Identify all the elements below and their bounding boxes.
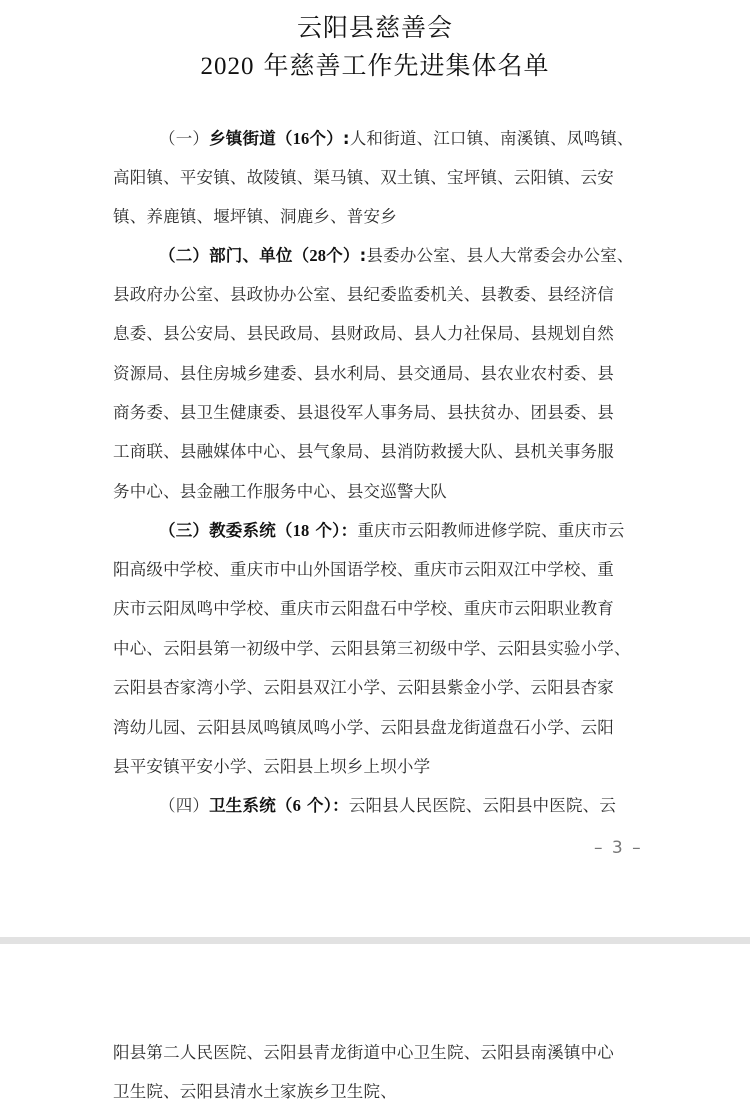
document-subtitle: 2020 年慈善工作先进集体名单 bbox=[0, 46, 750, 82]
section-4-line-2: 阳县第二人民医院、云阳县青龙街道中心卫生院、云阳县南溪镇中心 bbox=[113, 1042, 643, 1064]
section-4-line-3: 卫生院、云阳县清水土家族乡卫生院、 bbox=[113, 1081, 643, 1102]
section-3-line-2: 阳高级中学校、重庆市中山外国语学校、重庆市云阳双江中学校、重 bbox=[113, 559, 643, 581]
section-1-line-1: 人和街道、江口镇、南溪镇、凤鸣镇、 bbox=[350, 129, 634, 148]
title-line-2: 年慈善工作先进集体名单 bbox=[255, 51, 550, 80]
section-3-heading-text: 教委系统（ bbox=[209, 521, 293, 540]
section-2-line-7: 务中心、县金融工作服务中心、县交巡警大队 bbox=[113, 481, 643, 503]
section-2-line-6: 工商联、县融媒体中心、县气象局、县消防救援大队、县机关事务服 bbox=[113, 441, 643, 463]
section-4-count: 6 bbox=[293, 796, 301, 815]
section-4-heading-text: 卫生系统（ bbox=[209, 796, 293, 815]
section-2-marker: （二） bbox=[159, 246, 209, 265]
section-1-marker: （一） bbox=[159, 129, 209, 148]
title-year: 2020 bbox=[201, 53, 255, 80]
section-2-count: 28 bbox=[309, 246, 326, 265]
document-page-3: 云阳县慈善会 2020 年慈善工作先进集体名单 （一）乡镇街道（16个）:人和街… bbox=[0, 0, 750, 937]
section-2-heading: （二）部门、单位（28个）: bbox=[159, 246, 366, 265]
section-3-heading-line: （三）教委系统（18 个）：重庆市云阳教师进修学院、重庆市云 bbox=[159, 520, 689, 542]
section-2-heading-tail: 个）: bbox=[326, 246, 366, 265]
section-2-heading-text: 部门、单位（ bbox=[209, 246, 309, 265]
section-4-heading-line: （四）卫生系统（6 个）：云阳县人民医院、云阳县中医院、云 bbox=[159, 795, 689, 817]
section-3-marker: （三） bbox=[159, 521, 209, 540]
section-1-line-2: 高阳镇、平安镇、故陵镇、渠马镇、双土镇、宝坪镇、云阳镇、云安 bbox=[113, 167, 643, 189]
section-4-heading: 卫生系统（6 个）： bbox=[209, 796, 349, 815]
section-3-heading-tail: 个）： bbox=[310, 521, 358, 540]
document-page-4: 阳县第二人民医院、云阳县青龙街道中心卫生院、云阳县南溪镇中心 卫生院、云阳县清水… bbox=[0, 944, 750, 1102]
section-1-heading-tail: 个）: bbox=[310, 129, 350, 148]
section-2-line-4: 资源局、县住房城乡建委、县水利局、县交通局、县农业农村委、县 bbox=[113, 363, 643, 385]
section-1-line-3: 镇、养鹿镇、堰坪镇、洞鹿乡、普安乡 bbox=[113, 206, 643, 228]
section-4-heading-tail: 个）： bbox=[301, 796, 349, 815]
section-3-line-3: 庆市云阳凤鸣中学校、重庆市云阳盘石中学校、重庆市云阳职业教育 bbox=[113, 598, 643, 620]
page-divider bbox=[0, 937, 750, 944]
section-3-line-4: 中心、云阳县第一初级中学、云阳县第三初级中学、云阳县实验小学、 bbox=[113, 638, 643, 660]
section-3-count: 18 bbox=[293, 521, 310, 540]
section-1-heading-line: （一）乡镇街道（16个）:人和街道、江口镇、南溪镇、凤鸣镇、 bbox=[159, 128, 689, 150]
section-2-line-5: 商务委、县卫生健康委、县退役军人事务局、县扶贫办、团县委、县 bbox=[113, 402, 643, 424]
section-1-count: 16 bbox=[293, 129, 310, 148]
section-3-line-7: 县平安镇平安小学、云阳县上坝乡上坝小学 bbox=[113, 756, 643, 778]
section-1-heading-text: 乡镇街道（ bbox=[209, 129, 293, 148]
section-3-line-5: 云阳县杏家湾小学、云阳县双江小学、云阳县紫金小学、云阳县杏家 bbox=[113, 677, 643, 699]
section-4-line-1: 云阳县人民医院、云阳县中医院、云 bbox=[349, 796, 616, 815]
title-line-1: 云阳县慈善会 bbox=[297, 13, 453, 42]
section-2-line-3: 息委、县公安局、县民政局、县财政局、县人力社保局、县规划自然 bbox=[113, 323, 643, 345]
section-3-heading: （三）教委系统（18 个）： bbox=[159, 521, 357, 540]
section-3-line-6: 湾幼儿园、云阳县凤鸣镇凤鸣小学、云阳县盘龙街道盘石小学、云阳 bbox=[113, 717, 643, 739]
section-3-line-1: 重庆市云阳教师进修学院、重庆市云 bbox=[357, 521, 624, 540]
section-4-marker: （四） bbox=[159, 796, 209, 815]
document-title: 云阳县慈善会 bbox=[0, 8, 750, 44]
page-number: – 3 – bbox=[594, 838, 643, 858]
section-2-heading-line: （二）部门、单位（28个）:县委办公室、县人大常委会办公室、 bbox=[159, 245, 689, 267]
section-2-line-2: 县政府办公室、县政协办公室、县纪委监委机关、县教委、县经济信 bbox=[113, 284, 643, 306]
section-2-line-1: 县委办公室、县人大常委会办公室、 bbox=[366, 246, 633, 265]
section-1-heading: 乡镇街道（16个）: bbox=[209, 129, 350, 148]
